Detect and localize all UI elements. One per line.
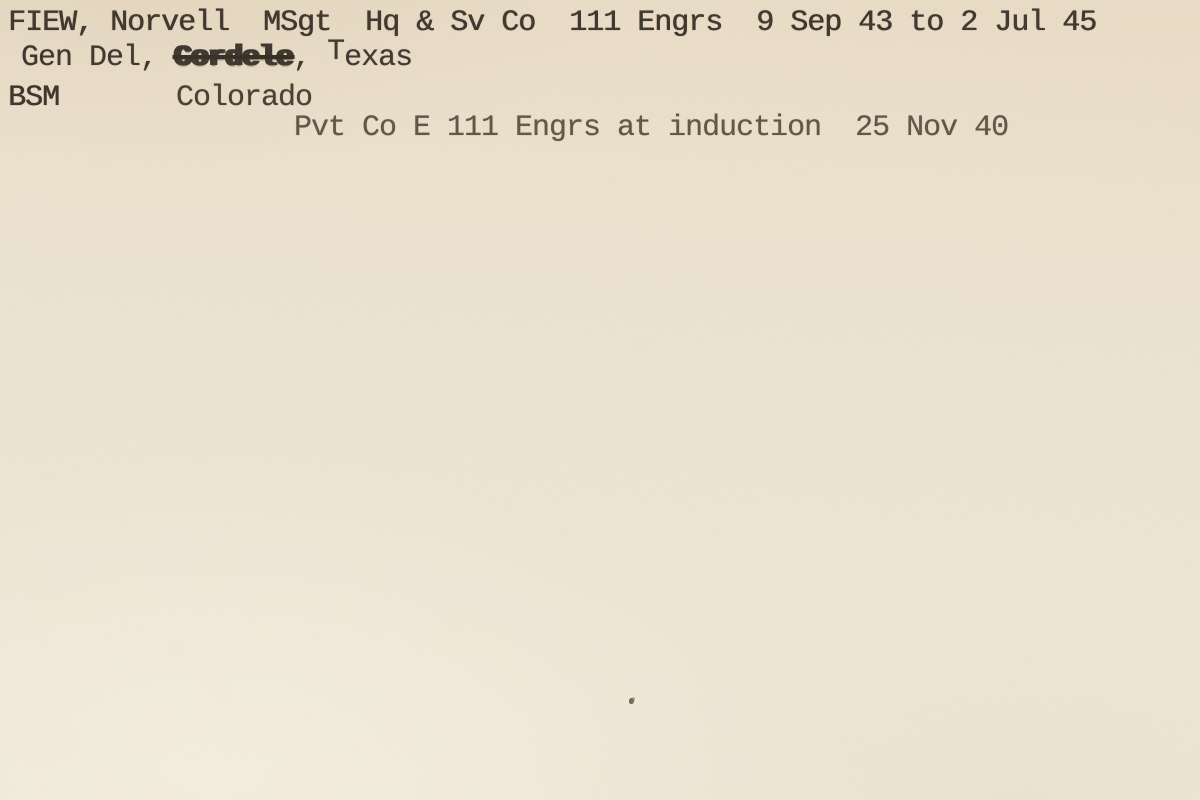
service-record-card: FIEW, Norvell MSgt Hq & Sv Co 111 Engrs … xyxy=(0,0,1200,800)
state-label: Colorado xyxy=(176,80,312,116)
ink-speck xyxy=(629,698,634,704)
name-rank-unit-line: FIEW, Norvell MSgt Hq & Sv Co 111 Engrs … xyxy=(8,5,1096,41)
address-separator: , xyxy=(293,41,327,75)
address-prefix: Gen Del, xyxy=(21,41,174,75)
state-rest: exas xyxy=(344,41,412,75)
struck-city: Cordele xyxy=(174,41,293,75)
state-initial: T xyxy=(327,34,344,70)
address-line: Gen Del, Cordele, Texas xyxy=(21,40,412,76)
award-label: BSM xyxy=(8,80,59,116)
induction-note-line: Pvt Co E 111 Engrs at induction 25 Nov 4… xyxy=(294,110,1008,146)
